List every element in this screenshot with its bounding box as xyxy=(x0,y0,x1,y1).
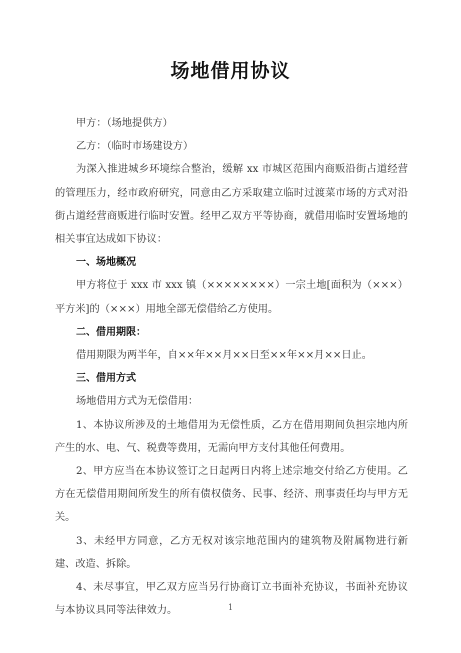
preamble-paragraph: 为深入推进城乡环境综合整治，缓解 xx 市城区范围内商贩沿街占道经营的管理压力，… xyxy=(55,158,408,251)
document-page: 场地借用协议 甲方：（场地提供方） 乙方：（临时市场建设方） 为深入推进城乡环境… xyxy=(0,0,461,653)
section-paragraph: 场地借用方式为无偿借用： xyxy=(55,390,408,413)
party-a-line: 甲方：（场地提供方） xyxy=(55,112,408,135)
section-paragraph: 借用期限为两半年，自××年××月××日至××年××月××日止。 xyxy=(55,344,408,367)
section-heading-loan-term: 二、借用期限： xyxy=(55,321,408,344)
section-paragraph: 甲方将位于 xxx 市 xxx 镇（××××××××）一宗土地[面积为（×××）… xyxy=(55,274,408,320)
party-b-line: 乙方：（临时市场建设方） xyxy=(55,135,408,158)
document-title: 场地借用协议 xyxy=(0,56,461,83)
clause-2: 2、甲方应当在本协议签订之日起两日内将上述宗地交付给乙方使用。乙方在无偿借用期间… xyxy=(55,460,408,530)
document-body: 甲方：（场地提供方） 乙方：（临时市场建设方） 为深入推进城乡环境综合整治，缓解… xyxy=(55,112,408,622)
clause-3: 3、未经甲方同意，乙方无权对该宗地范围内的建筑物及附属物进行新建、改造、拆除。 xyxy=(55,530,408,576)
page-number: 1 xyxy=(0,603,461,612)
section-heading-loan-method: 三、借用方式 xyxy=(55,367,408,390)
clause-4: 4、未尽事宜，甲乙双方应当另行协商订立书面补充协议，书面补充协议与本协议具同等法… xyxy=(55,576,408,622)
section-heading-site-overview: 一、场地概况 xyxy=(55,251,408,274)
clause-1: 1、本协议所涉及的土地借用为无偿性质，乙方在借用期间负担宗地内所产生的水、电、气… xyxy=(55,414,408,460)
